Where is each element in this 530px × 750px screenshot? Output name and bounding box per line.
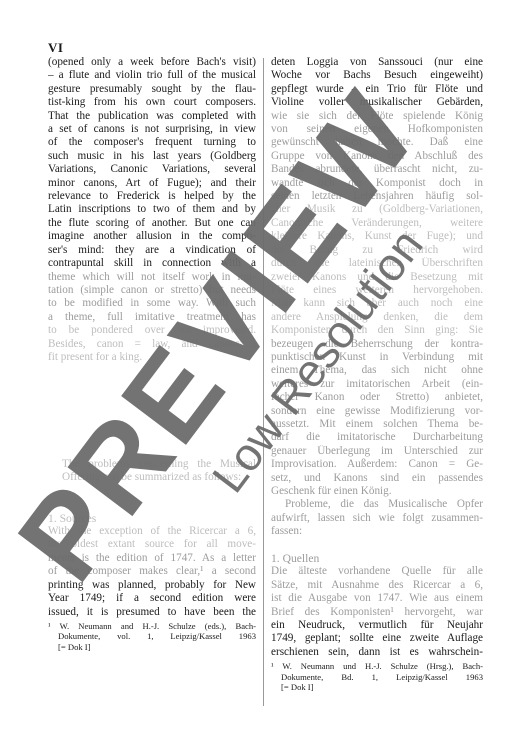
footnote-line: [= Dok I]	[48, 642, 256, 653]
text-line: 1749, geplant; sollte eine zweite Auflag…	[271, 632, 483, 645]
text-line: of the composer makes clear,¹ a second	[48, 565, 256, 578]
right-section-heading: 1. Quellen	[271, 552, 483, 565]
text-line: Year 1749; if a second edition were	[48, 592, 256, 605]
text-line: darf die imitatorische Durcharbeitung	[271, 431, 483, 444]
text-line: a theme, full imitative treatment has	[48, 311, 256, 324]
text-line: Canonische Veränderungen, weitere	[271, 217, 483, 230]
text-line: Geschenk für einen König.	[271, 485, 483, 498]
text-line: deten Loggia von Sanssouci (nur eine	[271, 56, 483, 69]
text-line: issued, it is presumed to have been the	[48, 606, 256, 619]
left-column: (opened only a week before Bach's visit)…	[48, 56, 256, 652]
right-paragraph-2: Probleme, die das Musicalische Opfer auf…	[271, 498, 483, 538]
text-line: einem Thema, das sich nicht ohne	[271, 364, 483, 377]
text-line: (opened only a week before Bach's visit)	[48, 56, 256, 69]
text-line: durch die lateinischen Überschriften	[271, 257, 483, 270]
text-line: Gruppe von Kanons den Abschluß des	[271, 150, 483, 163]
column-divider	[263, 58, 264, 706]
footnote-line: ¹ W. Neumann und H.-J. Schulze (Hrsg.), …	[271, 661, 483, 672]
text-line: – a flute and violin trio full of the mu…	[48, 69, 256, 82]
text-line: Die älteste vorhandene Quelle für alle	[271, 565, 483, 578]
footnote-line: Dokumente, vol. 1, Leipzig/Kassel 1963	[48, 631, 256, 642]
text-line: wie sie sich der Flöte spielende König	[271, 110, 483, 123]
text-line: Improvisation. Außerdem: Canon = Ge-	[271, 458, 483, 471]
footnote-line: Dokumente, Bd. 1, Leipzig/Kassel 1963	[271, 672, 483, 683]
text-line: kleinere Kanons, Kunst der Fuge); und	[271, 230, 483, 243]
text-line: Komponisten durch den Sinn ging: Sie	[271, 324, 483, 337]
right-paragraph-3: Die älteste vorhandene Quelle für alle S…	[271, 565, 483, 659]
text-line: bezeugen die Beherrschung der kontra-	[271, 338, 483, 351]
text-line: Woche vor Bachs Besuch eingeweiht)	[271, 69, 483, 82]
text-line: ser's mind: they are a vindication of	[48, 244, 256, 257]
text-line: minor canons, Art of Fugue); and their	[48, 177, 256, 190]
text-line: gesture presumably sought by the flau-	[48, 83, 256, 96]
text-line: setz, und Kanons sind ein passendes	[271, 472, 483, 485]
text-line: der Bezug zu Friedrich wird	[271, 244, 483, 257]
left-section-heading: 1. Sources	[48, 512, 256, 525]
text-line: of the composer's frequent turning to	[48, 136, 256, 149]
left-paragraph-3: With the exception of the Ricercar a 6, …	[48, 525, 256, 619]
text-line: Besides, canon = law, and canons a	[48, 338, 256, 351]
text-line: gewünscht haben mochte. Daß eine	[271, 136, 483, 149]
text-line: sondern eine gewisse Modifizierung vor-	[271, 405, 483, 418]
text-line: such music in his last years (Goldberg	[48, 150, 256, 163]
left-footnote: ¹ W. Neumann and H.-J. Schulze (eds.), B…	[48, 621, 256, 653]
text-line: Brief des Komponisten¹ hervorgeht, war	[271, 606, 483, 619]
text-line: Flöte eines weiteren hervorgehoben.	[271, 284, 483, 297]
left-paragraph-1: (opened only a week before Bach's visit)…	[48, 56, 256, 364]
text-line: Bandes abrundete, überrascht nicht, zu-	[271, 163, 483, 176]
right-paragraph-1: deten Loggia von Sanssouci (nur eine Woc…	[271, 56, 483, 498]
text-line: With the exception of the Ricercar a 6,	[48, 525, 256, 538]
text-line: cher Musik zu (Goldberg-Variationen,	[271, 203, 483, 216]
text-line: theme which will not itself work in imi-	[48, 271, 256, 284]
text-line: Sätze, mit Ausnahme des Ricercar a 6,	[271, 579, 483, 592]
text-line: aufwirft, lassen sich wie folgt zusammen…	[271, 512, 483, 525]
text-line: zweier Kanons und die Besetzung mit	[271, 271, 483, 284]
text-line: fassen:	[271, 525, 483, 538]
text-line: ments is the edition of 1747. As a lette…	[48, 552, 256, 565]
footnote-line: [= Dok I]	[271, 682, 483, 693]
text-line: facher Kanon oder Stretto) anbietet,	[271, 391, 483, 404]
footnote-line: ¹ W. Neumann and H.-J. Schulze (eds.), B…	[48, 621, 256, 632]
text-line: fit present for a king.	[48, 351, 256, 364]
text-line: wandte sich der Komponist doch in	[271, 177, 483, 190]
right-footnote: ¹ W. Neumann und H.-J. Schulze (Hrsg.), …	[271, 661, 483, 693]
text-line: ist die Ausgabe von 1747. Wie aus einem	[271, 592, 483, 605]
right-column: deten Loggia von Sanssouci (nur eine Woc…	[271, 56, 483, 693]
text-line: Probleme, die das Musicalische Opfer	[271, 498, 483, 511]
text-line: punktischen Kunst in Verbindung mit	[271, 351, 483, 364]
text-line: to be modified in some way. With such	[48, 297, 256, 310]
text-line: The problems concerning the Musical	[48, 458, 256, 471]
text-line: the oldest extant source for all move-	[48, 538, 256, 551]
text-line: weiteres zur imitatorischen Arbeit (ein-	[271, 378, 483, 391]
text-line: Latin inscriptions to two of them and by	[48, 203, 256, 216]
text-line: seinen letzten Lebensjahren häufig sol-	[271, 190, 483, 203]
text-line: imagine another allusion in the compo-	[48, 230, 256, 243]
text-line: von seinen eigenen Hofkomponisten	[271, 123, 483, 136]
left-paragraph-2: The problems concerning the Musical Offe…	[48, 458, 256, 485]
text-line: erschienen sein, dann ist es wahrschein-	[271, 646, 483, 659]
text-line: contrapuntal skill in connection with a	[48, 257, 256, 270]
text-line: tation (simple canon or stretto) but nee…	[48, 284, 256, 297]
text-line: aussetzt. Mit einem solchen Thema be-	[271, 418, 483, 431]
text-line: That the publication was completed with	[48, 110, 256, 123]
text-line: genauer Überlegung im Unterschied zur	[271, 445, 483, 458]
text-line: Variations, Canonic Variations, several	[48, 163, 256, 176]
text-line: to be pondered over not improvised.	[48, 324, 256, 337]
text-line: gepflegt wurde – ein Trio für Flöte und	[271, 83, 483, 96]
text-line: Offering can be summarized as follows:	[48, 471, 256, 484]
text-line: Man kann sich aber auch noch eine	[271, 297, 483, 310]
text-line: ein Neudruck, vermutlich für Neujahr	[271, 619, 483, 632]
text-line: tist-king from his own court composers.	[48, 96, 256, 109]
page-number: VI	[48, 40, 63, 56]
text-line: the flute scoring of another. But one ca…	[48, 217, 256, 230]
text-line: andere Anspielung denken, die dem	[271, 311, 483, 324]
text-line: a set of canons is not surprising, in vi…	[48, 123, 256, 136]
text-line: relevance to Frederick is helped by the	[48, 190, 256, 203]
text-line: printing was planned, probably for New	[48, 579, 256, 592]
text-line: Violine voller musikalischer Gebärden,	[271, 96, 483, 109]
